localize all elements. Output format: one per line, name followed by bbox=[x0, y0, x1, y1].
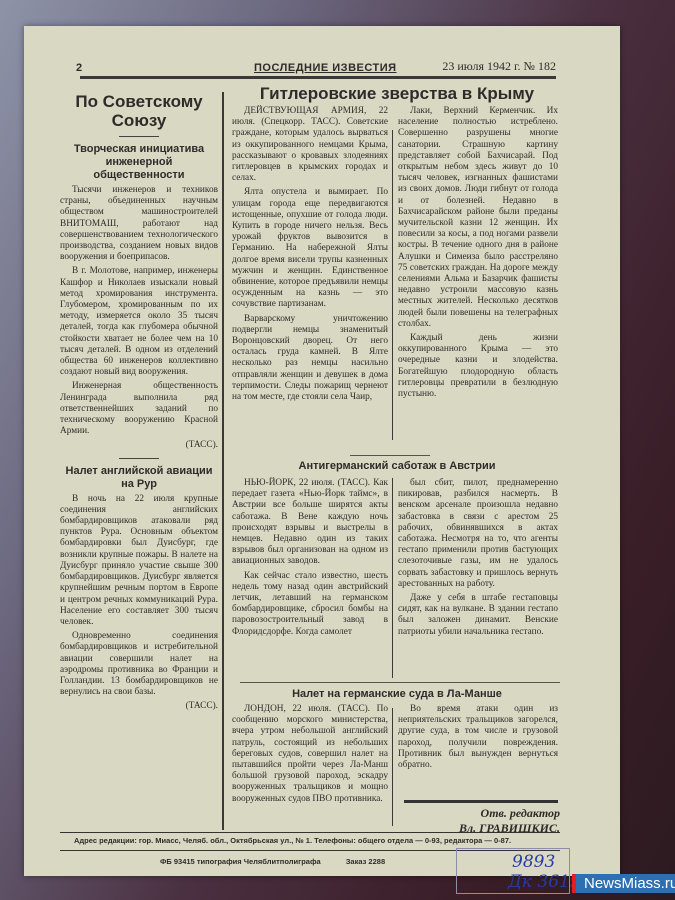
article-paragraph: Как сейчас стало известно, шесть недель … bbox=[232, 571, 388, 638]
column-divider bbox=[392, 130, 393, 440]
footer-rule bbox=[60, 832, 560, 833]
newsmiass-watermark[interactable]: NewsMiass.ru bbox=[572, 874, 675, 893]
article-paragraph: был сбит, пилот, преднамеренно пикировав… bbox=[398, 478, 558, 590]
column-divider bbox=[392, 478, 393, 678]
divider bbox=[350, 455, 430, 456]
masthead-rule bbox=[80, 76, 556, 79]
austria-col1: НЬЮ-ЙОРК, 22 июля. (ТАСС). Как передает … bbox=[232, 478, 388, 641]
austria-col2: был сбит, пилот, преднамеренно пикировав… bbox=[398, 478, 558, 641]
main-headline: Гитлеровские зверства в Крыму bbox=[232, 84, 562, 103]
main-article-col2: Лаки, Верхний Керменчик. Их население по… bbox=[398, 106, 558, 403]
footer-address: Адрес редакции: гор. Миасс, Челяб. обл.,… bbox=[74, 836, 511, 845]
article-paragraph: ЛОНДОН, 22 июля. (ТАСС). По сообщению мо… bbox=[232, 704, 388, 805]
article-source: (ТАСС). bbox=[60, 701, 218, 712]
article-paragraph: Лаки, Верхний Керменчик. Их население по… bbox=[398, 106, 558, 330]
article-paragraph: Инженерная общественность Ленинграда вып… bbox=[60, 381, 218, 437]
page-number: 2 bbox=[76, 62, 82, 74]
newspaper-name: ПОСЛЕДНИЕ ИЗВЕСТИЯ bbox=[254, 62, 397, 74]
divider bbox=[240, 682, 560, 683]
left-column: По Советскому Союзу Творческая инициатив… bbox=[60, 92, 218, 717]
article-headline: Налет на германские суда в Ла-Манше bbox=[232, 688, 562, 701]
editor-name: Вл. ГРАВИШКИС. bbox=[420, 821, 560, 836]
issue-date: 23 июля 1942 г. № 182 bbox=[442, 59, 556, 74]
article-paragraph: Тысячи инженеров и техников страны, объе… bbox=[60, 185, 218, 263]
stamp-number-2: Дк 3619 bbox=[508, 872, 581, 892]
channel-col1: ЛОНДОН, 22 июля. (ТАСС). По сообщению мо… bbox=[232, 704, 388, 808]
article-paragraph: Во время атаки один из неприятельских тр… bbox=[398, 704, 558, 771]
column-divider bbox=[222, 92, 224, 830]
divider bbox=[404, 800, 558, 803]
divider bbox=[119, 136, 159, 137]
footer-printing: ФБ 93415 типография Челяблитполиграфа За… bbox=[160, 857, 385, 866]
channel-col2: Во время атаки один из неприятельских тр… bbox=[398, 704, 558, 774]
article-paragraph: Ялта опустела и вымирает. По улицам горо… bbox=[232, 187, 388, 310]
printing-house: ФБ 93415 типография Челяблитполиграфа bbox=[160, 857, 321, 866]
article-paragraph: НЬЮ-ЙОРК, 22 июля. (ТАСС). Как передает … bbox=[232, 478, 388, 568]
order-number: Заказ 2288 bbox=[346, 857, 385, 866]
article-source: (ТАСС). bbox=[60, 440, 218, 451]
article-paragraph: Даже у себя в штабе гестаповцы сидят, ка… bbox=[398, 593, 558, 638]
article-headline: Налет английской авиации на Рур bbox=[60, 465, 218, 491]
article-paragraph: Одновременно соединения бомбардировщиков… bbox=[60, 631, 218, 698]
masthead: 2 ПОСЛЕДНИЕ ИЗВЕСТИЯ 23 июля 1942 г. № 1… bbox=[56, 58, 558, 76]
article-paragraph: Каждый день жизни оккупированного Крыма … bbox=[398, 333, 558, 400]
main-article-col1: ДЕЙСТВУЮЩАЯ АРМИЯ, 22 июля. (Спецкорр. Т… bbox=[232, 106, 388, 406]
article-paragraph: В г. Молотове, например, инженеры Кашфор… bbox=[60, 266, 218, 378]
stamp-number-1: 9893 bbox=[512, 852, 555, 872]
column-divider bbox=[392, 708, 393, 826]
article-headline: Антигерманский саботаж в Австрии bbox=[232, 460, 562, 473]
article-headline: Творческая инициатива инженерной обществ… bbox=[60, 143, 218, 182]
divider bbox=[119, 458, 159, 459]
article-paragraph: Варварскому уничтожению подвергли немцы … bbox=[232, 314, 388, 404]
section-title: По Советскому Союзу bbox=[60, 92, 218, 130]
article-paragraph: ДЕЙСТВУЮЩАЯ АРМИЯ, 22 июля. (Спецкорр. Т… bbox=[232, 106, 388, 184]
article-paragraph: В ночь на 22 июля крупные соединения анг… bbox=[60, 494, 218, 628]
editor-title: Отв. редактор bbox=[420, 806, 560, 821]
